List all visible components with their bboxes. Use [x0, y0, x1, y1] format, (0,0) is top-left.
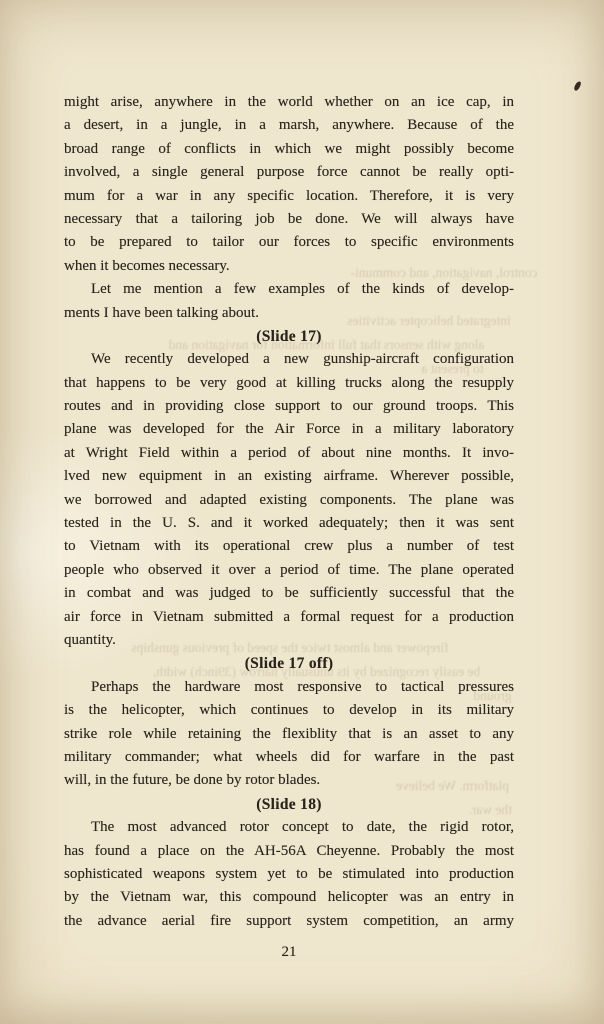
text-line: air force in Vietnam submitted a formal …	[64, 606, 514, 629]
text-line: we borrowed and adapted existing compone…	[64, 489, 514, 512]
paragraph: Let me mention a few examples of the kin…	[64, 278, 514, 325]
text-line: ments I have been talking about.	[64, 302, 514, 325]
page-number: 21	[64, 944, 514, 961]
slide-heading: (Slide 17 off)	[64, 652, 514, 675]
text-line: strike role while retaining the flexibli…	[64, 723, 514, 746]
text-line: necessary that a tailoring job be done. …	[64, 208, 514, 231]
text-line: routes and in providing close support to…	[64, 395, 514, 418]
text-line: We recently developed a new gunship-airc…	[64, 348, 514, 371]
text-line: Perhaps the hardware most responsive to …	[64, 676, 514, 699]
text-line: people who observed it over a period of …	[64, 559, 514, 582]
text-line: will, in the future, be done by rotor bl…	[64, 769, 514, 792]
text-line: to be prepared to tailor our forces to s…	[64, 231, 514, 254]
page-text: might arise, anywhere in the world wheth…	[64, 91, 514, 933]
text-line: has found a place on the AH-56A Cheyenne…	[64, 840, 514, 863]
paragraph: The most advanced rotor concept to date,…	[64, 816, 514, 933]
text-line: Let me mention a few examples of the kin…	[64, 278, 514, 301]
text-line: sophisticated weapons system yet to be s…	[64, 863, 514, 886]
text-line: to Vietnam with its operational crew plu…	[64, 535, 514, 558]
text-line: by the Vietnam war, this compound helico…	[64, 886, 514, 909]
text-line: the advance aerial fire support system c…	[64, 910, 514, 933]
text-line: The most advanced rotor concept to date,…	[64, 816, 514, 839]
paragraph: might arise, anywhere in the world wheth…	[64, 91, 514, 278]
text-line: is the helicopter, which continues to de…	[64, 699, 514, 722]
text-line: when it becomes necessary.	[64, 255, 514, 278]
text-line: plane was developed for the Air Force in…	[64, 418, 514, 441]
text-line: broad range of conflicts in which we mig…	[64, 138, 514, 161]
text-line: mum for a war in any specific location. …	[64, 185, 514, 208]
text-line: quantity.	[64, 629, 514, 652]
text-line: might arise, anywhere in the world wheth…	[64, 91, 514, 114]
text-line: at Wright Field within a period of about…	[64, 442, 514, 465]
text-line: a desert, in a jungle, in a marsh, anywh…	[64, 114, 514, 137]
text-line: military commander; what wheels did for …	[64, 746, 514, 769]
paragraph: We recently developed a new gunship-airc…	[64, 348, 514, 652]
text-line: involved, a single general purpose force…	[64, 161, 514, 184]
text-line: lved new equipment in an existing airfra…	[64, 465, 514, 488]
text-line: in combat and was judged to be sufficien…	[64, 582, 514, 605]
scanned-book-page: control, navigation, and communi-integra…	[0, 0, 604, 1024]
text-line: tested in the U. S. and it worked adequa…	[64, 512, 514, 535]
text-line: that happens to be very good at killing …	[64, 372, 514, 395]
slide-heading: (Slide 17)	[64, 325, 514, 348]
slide-heading: (Slide 18)	[64, 793, 514, 816]
paragraph: Perhaps the hardware most responsive to …	[64, 676, 514, 793]
